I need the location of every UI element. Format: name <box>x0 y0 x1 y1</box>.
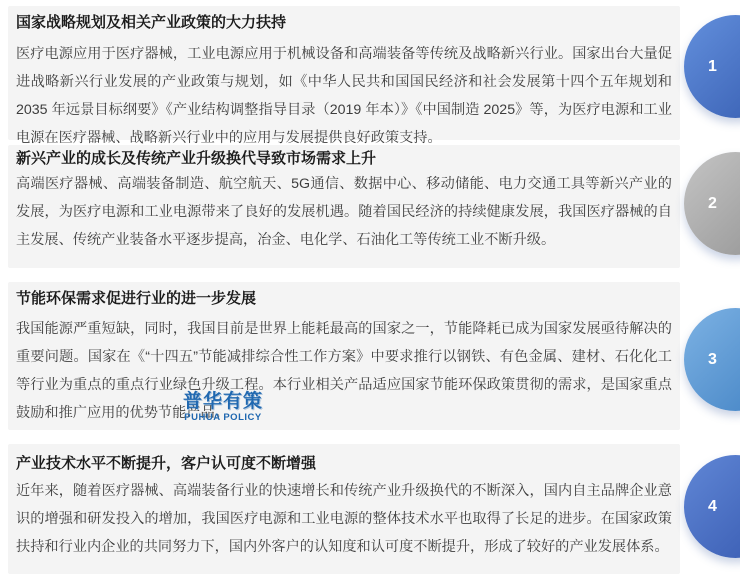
section-tech-level: 产业技术水平不断提升，客户认可度不断增强 近年来，随着医疗器械、高端装备行业的快… <box>8 444 680 574</box>
section-energy-saving: 节能环保需求促进行业的进一步发展 我国能源严重短缺，同时，我国目前是世界上能耗最… <box>8 282 680 430</box>
section-title: 节能环保需求促进行业的进一步发展 <box>16 288 672 309</box>
section-policy-support: 国家战略规划及相关产业政策的大力扶持 医疗电源应用于医疗器械，工业电源应用于机械… <box>8 6 680 140</box>
section-market-demand: 新兴产业的成长及传统产业升级换代导致市场需求上升 高端医疗器械、高端装备制造、航… <box>8 145 680 268</box>
section-title: 新兴产业的成长及传统产业升级换代导致市场需求上升 <box>16 148 672 169</box>
section-body: 近年来，随着医疗器械、高端装备行业的快速增长和传统产业升级换代的不断深入，国内自… <box>16 477 672 561</box>
step-circle-4: 4 <box>684 455 740 558</box>
step-circle-2: 2 <box>684 152 740 255</box>
section-body: 我国能源严重短缺，同时，我国目前是世界上能耗最高的国家之一，节能降耗已成为国家发… <box>16 315 672 427</box>
section-title: 国家战略规划及相关产业政策的大力扶持 <box>16 12 672 33</box>
step-circle-1: 1 <box>684 15 740 118</box>
step-number: 2 <box>684 195 740 213</box>
report-figure: 国家战略规划及相关产业政策的大力扶持 医疗电源应用于医疗器械，工业电源应用于机械… <box>0 0 740 585</box>
section-body: 高端医疗器械、高端装备制造、航空航天、5G通信、数据中心、移动储能、电力交通工具… <box>16 170 672 254</box>
step-number: 4 <box>684 498 740 516</box>
step-number: 3 <box>684 351 740 369</box>
step-circle-3: 3 <box>684 308 740 411</box>
step-number: 1 <box>684 58 740 76</box>
section-body: 医疗电源应用于医疗器械，工业电源应用于机械设备和高端装备等传统及战略新兴行业。国… <box>16 40 672 152</box>
section-title: 产业技术水平不断提升，客户认可度不断增强 <box>16 453 672 474</box>
